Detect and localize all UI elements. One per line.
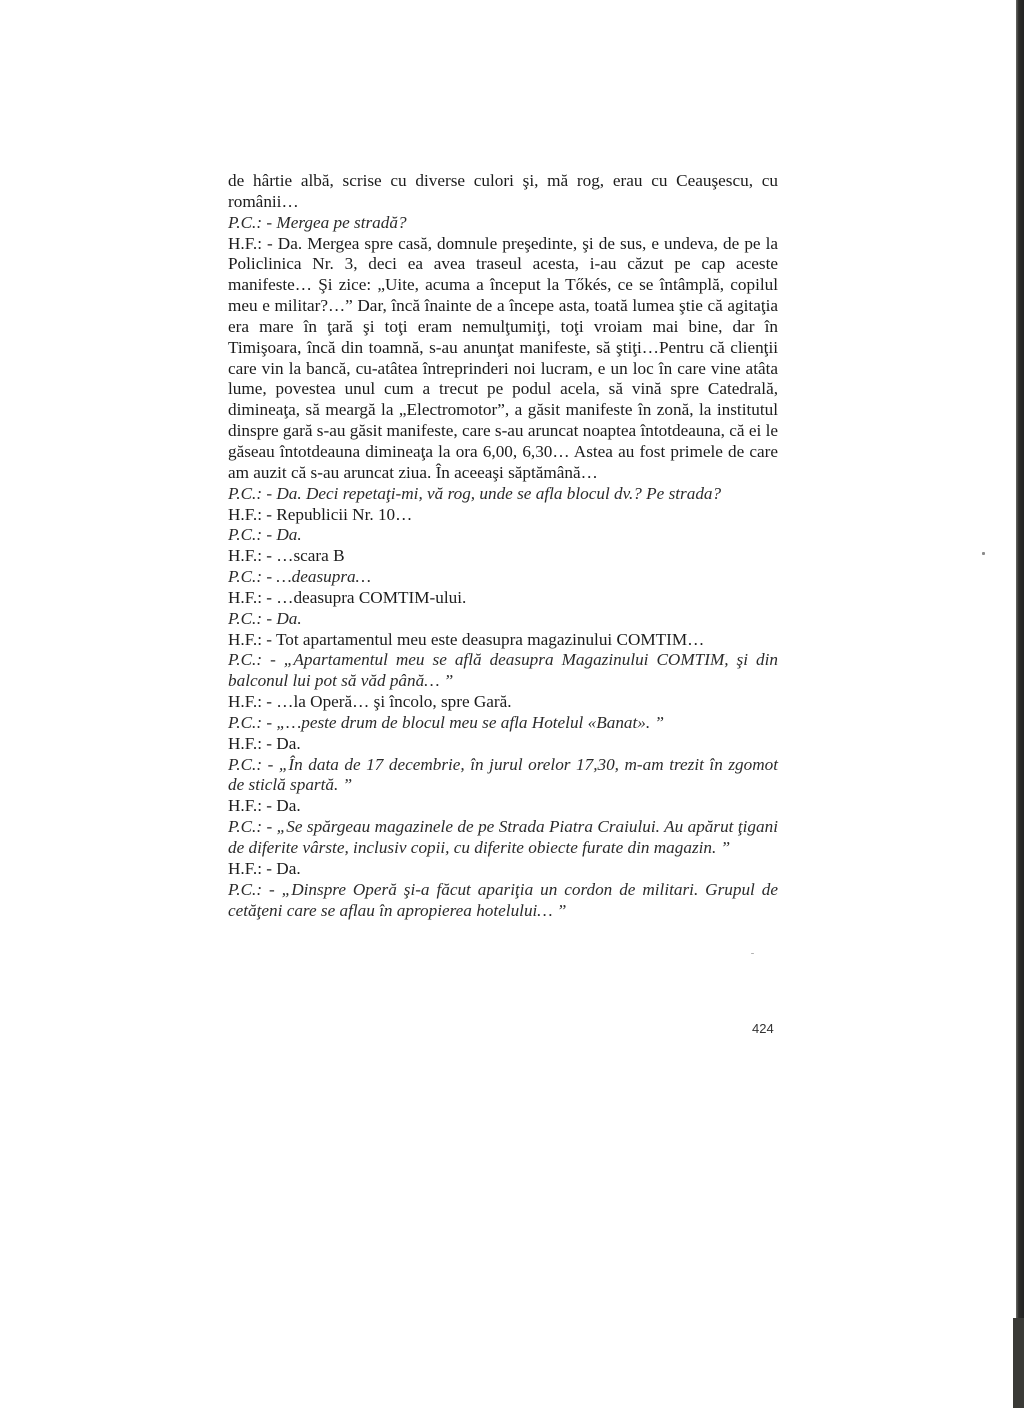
scan-edge-shadow xyxy=(1016,0,1024,1408)
dialogue-hf: H.F.: - Da. xyxy=(228,859,778,880)
paragraph-continuation: de hârtie albă, scrise cu diverse culori… xyxy=(228,171,778,213)
page-number: 424 xyxy=(752,1021,774,1036)
dialogue-pc: P.C.: - „În data de 17 decembrie, în jur… xyxy=(228,755,778,797)
dialogue-hf: H.F.: - …scara B xyxy=(228,546,778,567)
dialogue-pc: P.C.: - Mergea pe stradă? xyxy=(228,213,778,234)
dialogue-pc: P.C.: - …deasupra… xyxy=(228,567,778,588)
dialogue-hf: H.F.: - Da. xyxy=(228,734,778,755)
document-page-body: de hârtie albă, scrise cu diverse culori… xyxy=(228,171,778,921)
scan-speck xyxy=(982,552,985,555)
dialogue-pc: P.C.: - Da. xyxy=(228,609,778,630)
dialogue-pc: P.C.: - „…peste drum de blocul meu se af… xyxy=(228,713,778,734)
dialogue-hf: H.F.: - Da. Mergea spre casă, domnule pr… xyxy=(228,234,778,484)
scan-speck xyxy=(751,953,754,954)
dialogue-hf: H.F.: - Tot apartamentul meu este deasup… xyxy=(228,630,778,651)
dialogue-pc: P.C.: - „Dinspre Operă şi-a făcut apariţ… xyxy=(228,880,778,922)
dialogue-hf: H.F.: - …la Operă… şi încolo, spre Gară. xyxy=(228,692,778,713)
dialogue-pc: P.C.: - „Apartamentul meu se află deasup… xyxy=(228,650,778,692)
dialogue-pc: P.C.: - Da. xyxy=(228,525,778,546)
dialogue-hf: H.F.: - …deasupra COMTIM-ului. xyxy=(228,588,778,609)
dialogue-hf: H.F.: - Republicii Nr. 10… xyxy=(228,505,778,526)
dialogue-hf: H.F.: - Da. xyxy=(228,796,778,817)
dialogue-pc: P.C.: - „Se spărgeau magazinele de pe St… xyxy=(228,817,778,859)
dialogue-pc: P.C.: - Da. Deci repetaţi-mi, vă rog, un… xyxy=(228,484,778,505)
scan-edge-notch xyxy=(1013,1318,1024,1408)
